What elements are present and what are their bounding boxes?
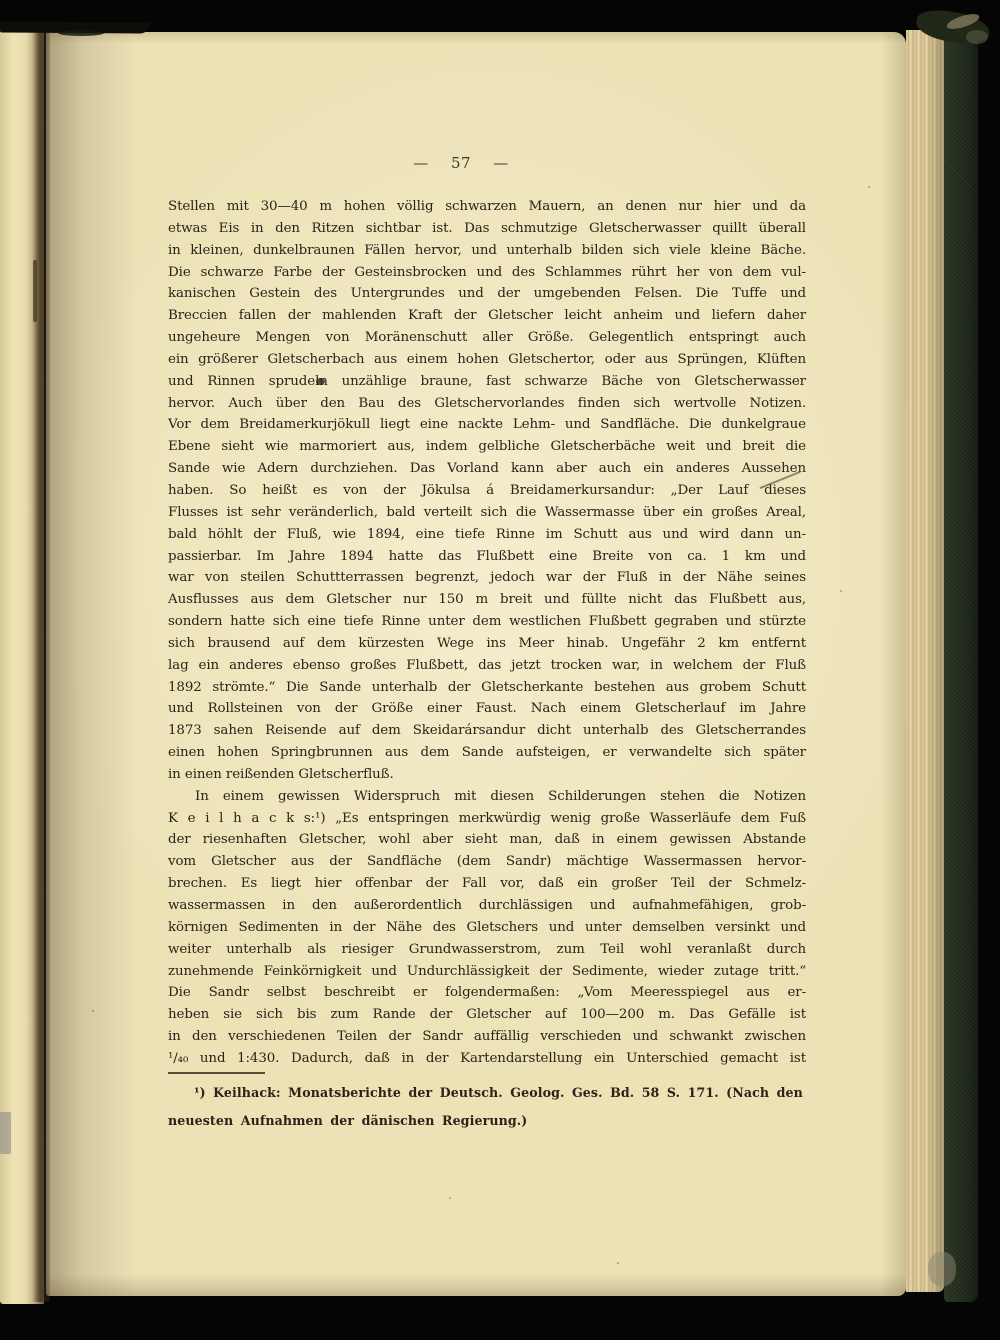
paper-speckle bbox=[745, 905, 747, 907]
text-line: der riesenhaften Gletscher, wohl aber si… bbox=[168, 829, 806, 851]
text-line: Die schwarze Farbe der Gesteinsbrocken u… bbox=[168, 262, 806, 284]
text-line: 1892 strömte.“ Die Sande unterhalb der G… bbox=[168, 677, 806, 699]
text-line: in einen reißenden Gletscherfluß. bbox=[168, 764, 806, 786]
gutter-mark bbox=[33, 260, 37, 322]
text-line: sich brausend auf dem kürzesten Wege ins… bbox=[168, 633, 806, 655]
text-line: bald höhlt der Fluß, wie 1894, eine tief… bbox=[168, 524, 806, 546]
text-line: sondern hatte sich eine tiefe Rinne unte… bbox=[168, 611, 806, 633]
text-line: und Rollsteinen von der Größe einer Faus… bbox=[168, 698, 806, 720]
cover-fray-bottom-right bbox=[928, 1252, 956, 1286]
text-line: In einem gewissen Widerspruch mit diesen… bbox=[168, 786, 806, 808]
text-line: hervor. Auch über den Bau des Gletscherv… bbox=[168, 393, 806, 415]
text-line: heben sie sich bis zum Rande der Gletsch… bbox=[168, 1004, 806, 1026]
ink-blot bbox=[316, 378, 325, 385]
paper-speckle bbox=[617, 1262, 619, 1264]
footnote-rule bbox=[168, 1072, 265, 1074]
text-line: Sande wie Adern durchziehen. Das Vorland… bbox=[168, 458, 806, 480]
paper-speckle bbox=[840, 590, 842, 592]
text-line: weiter unterhalb als riesiger Grundwasse… bbox=[168, 939, 806, 961]
text-line: passierbar. Im Jahre 1894 hatte das Fluß… bbox=[168, 546, 806, 568]
gutter-shadow bbox=[32, 30, 50, 1302]
text-line: K e i l h a c k s:¹) „Es entspringen mer… bbox=[168, 808, 806, 830]
paper-speckle bbox=[92, 1010, 94, 1012]
text-line: in den verschiedenen Teilen der Sandr au… bbox=[168, 1026, 806, 1048]
paper-speckle bbox=[868, 186, 870, 188]
footnote-line: neuesten Aufnahmen der dänischen Regieru… bbox=[168, 1107, 808, 1135]
text-line: brechen. Es liegt hier offenbar der Fall… bbox=[168, 873, 806, 895]
paper-speckle bbox=[449, 1197, 451, 1199]
text-line: Vor dem Breidamerkurjökull liegt eine na… bbox=[168, 414, 806, 436]
footnote-lines: ¹) Keilhack: Monatsberichte der Deutsch.… bbox=[168, 1079, 808, 1135]
text-line: 1873 sahen Reisende auf dem Skeidarársan… bbox=[168, 720, 806, 742]
page-edge-gray-mark bbox=[0, 1112, 11, 1154]
text-line: Flusses ist sehr veränderlich, bald vert… bbox=[168, 502, 806, 524]
text-line: in kleinen, dunkelbraunen Fällen hervor,… bbox=[168, 240, 806, 262]
text-line: zunehmende Feinkörnigkeit und Undurchläs… bbox=[168, 961, 806, 983]
cover-fray-top-right-2 bbox=[966, 30, 988, 44]
body-text-lines: Stellen mit 30—40 m hohen völlig schwarz… bbox=[168, 196, 806, 1070]
text-line: vom Gletscher aus der Sandfläche (dem Sa… bbox=[168, 851, 806, 873]
text-line: Stellen mit 30—40 m hohen völlig schwarz… bbox=[168, 196, 806, 218]
text-line: ungeheure Mengen von Moränenschutt aller… bbox=[168, 327, 806, 349]
page-edges-stack bbox=[906, 30, 944, 1292]
footnote-line: ¹) Keilhack: Monatsberichte der Deutsch.… bbox=[168, 1079, 808, 1107]
cover-fray-top-left-2 bbox=[58, 30, 104, 36]
text-line: haben. So heißt es von der Jökulsa á Bre… bbox=[168, 480, 806, 502]
page-number: — 57 — bbox=[142, 154, 780, 176]
text-line: war von steilen Schuttterrassen begrenzt… bbox=[168, 567, 806, 589]
text-line: Breccien fallen der mahlenden Kraft der … bbox=[168, 305, 806, 327]
book-page: — 57 — Stellen mit 30—40 m hohen völlig … bbox=[46, 32, 906, 1296]
text-line: ¹/₄₀ und 1:430. Dadurch, daß in der Kart… bbox=[168, 1048, 806, 1070]
text-line: einen hohen Springbrunnen aus dem Sande … bbox=[168, 742, 806, 764]
text-line: Die Sandr selbst beschreibt er folgender… bbox=[168, 982, 806, 1004]
text-line: ein größerer Gletscherbach aus einem hoh… bbox=[168, 349, 806, 371]
text-line: wassermassen in den außerordentlich durc… bbox=[168, 895, 806, 917]
text-line: und Rinnen sprudeln unzählige braune, fa… bbox=[168, 371, 806, 393]
text-line: etwas Eis in den Ritzen sichtbar ist. Da… bbox=[168, 218, 806, 240]
text-line: Ausflusses aus dem Gletscher nur 150 m b… bbox=[168, 589, 806, 611]
text-line: Ebene sieht wie marmoriert aus, indem ge… bbox=[168, 436, 806, 458]
text-line: kanischen Gestein des Untergrundes und d… bbox=[168, 283, 806, 305]
text-line: körnigen Sedimenten in der Nähe des Glet… bbox=[168, 917, 806, 939]
book-cover-cloth bbox=[944, 22, 978, 1302]
text-line: lag ein anderes ebenso großes Flußbett, … bbox=[168, 655, 806, 677]
book-scan: — 57 — Stellen mit 30—40 m hohen völlig … bbox=[0, 0, 1000, 1340]
